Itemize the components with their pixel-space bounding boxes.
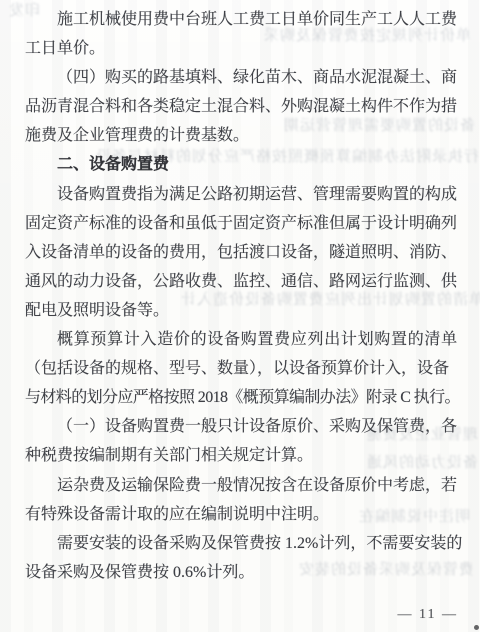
text-line: 固定资产标准的设备和虽低于固定资产标准但属于设计明确列 xyxy=(25,209,459,238)
text-line: 概算预算计入造价的设备购置费应列出计划购置的清单 xyxy=(25,325,459,354)
text-line: 品沥青混合料和各类稳定土混合料、外购混凝土构件不作为措 xyxy=(25,92,459,121)
text-line: 种税费按编制期有关部门相关规定计算。 xyxy=(25,441,459,470)
scanned-document-page: 印发单价计列规定按费管保及购采备设的置购要需理管营运期行执录附法办制编算预概照按… xyxy=(0,0,480,632)
text-line: 配电及照明设备等。 xyxy=(25,296,459,325)
text-line: 工日单价。 xyxy=(25,34,459,63)
section-heading-line: 二、设备购置费 xyxy=(25,150,459,179)
text-line: 设备采购及保管费按 0.6%计列。 xyxy=(25,558,459,587)
text-line: 入设备清单的设备的费用，包括渡口设备，隧道照明、消防、 xyxy=(25,238,459,267)
text-line: 施费及企业管理费的计费基数。 xyxy=(25,121,459,150)
scan-edge-speck xyxy=(474,625,479,630)
text-line: 施工机械使用费中台班人工费工日单价同生产工人人工费 xyxy=(25,5,459,34)
text-line: （包括设备的规格、型号、数量），以设备预算价计入，设备 xyxy=(25,354,459,383)
document-text-block: 施工机械使用费中台班人工费工日单价同生产工人人工费工日单价。（四）购买的路基填料… xyxy=(25,5,459,587)
text-line: 设备购置费指为满足公路初期运营、管理需要购置的构成 xyxy=(25,180,459,209)
text-line: 运杂费及运输保险费一般情况按含在设备原价中考虑，若 xyxy=(25,471,459,500)
text-line: （一）设备购置费一般只计设备原价、采购及保管费，各 xyxy=(25,412,459,441)
text-line: 与材料的划分应严格按照 2018《概预算编制办法》附录 C 执行。 xyxy=(25,383,459,412)
text-line: 有特殊设备需计取的应在编制说明中注明。 xyxy=(25,500,459,529)
text-line: （四）购买的路基填料、绿化苗木、商品水泥混凝土、商 xyxy=(25,63,459,92)
page-number: — 11 — xyxy=(398,607,458,623)
text-line: 通风的动力设备，公路收费、监控、通信、路网运行监测、供 xyxy=(25,267,459,296)
text-line: 需要安装的设备采购及保管费按 1.2%计列，不需要安装的 xyxy=(25,529,459,558)
